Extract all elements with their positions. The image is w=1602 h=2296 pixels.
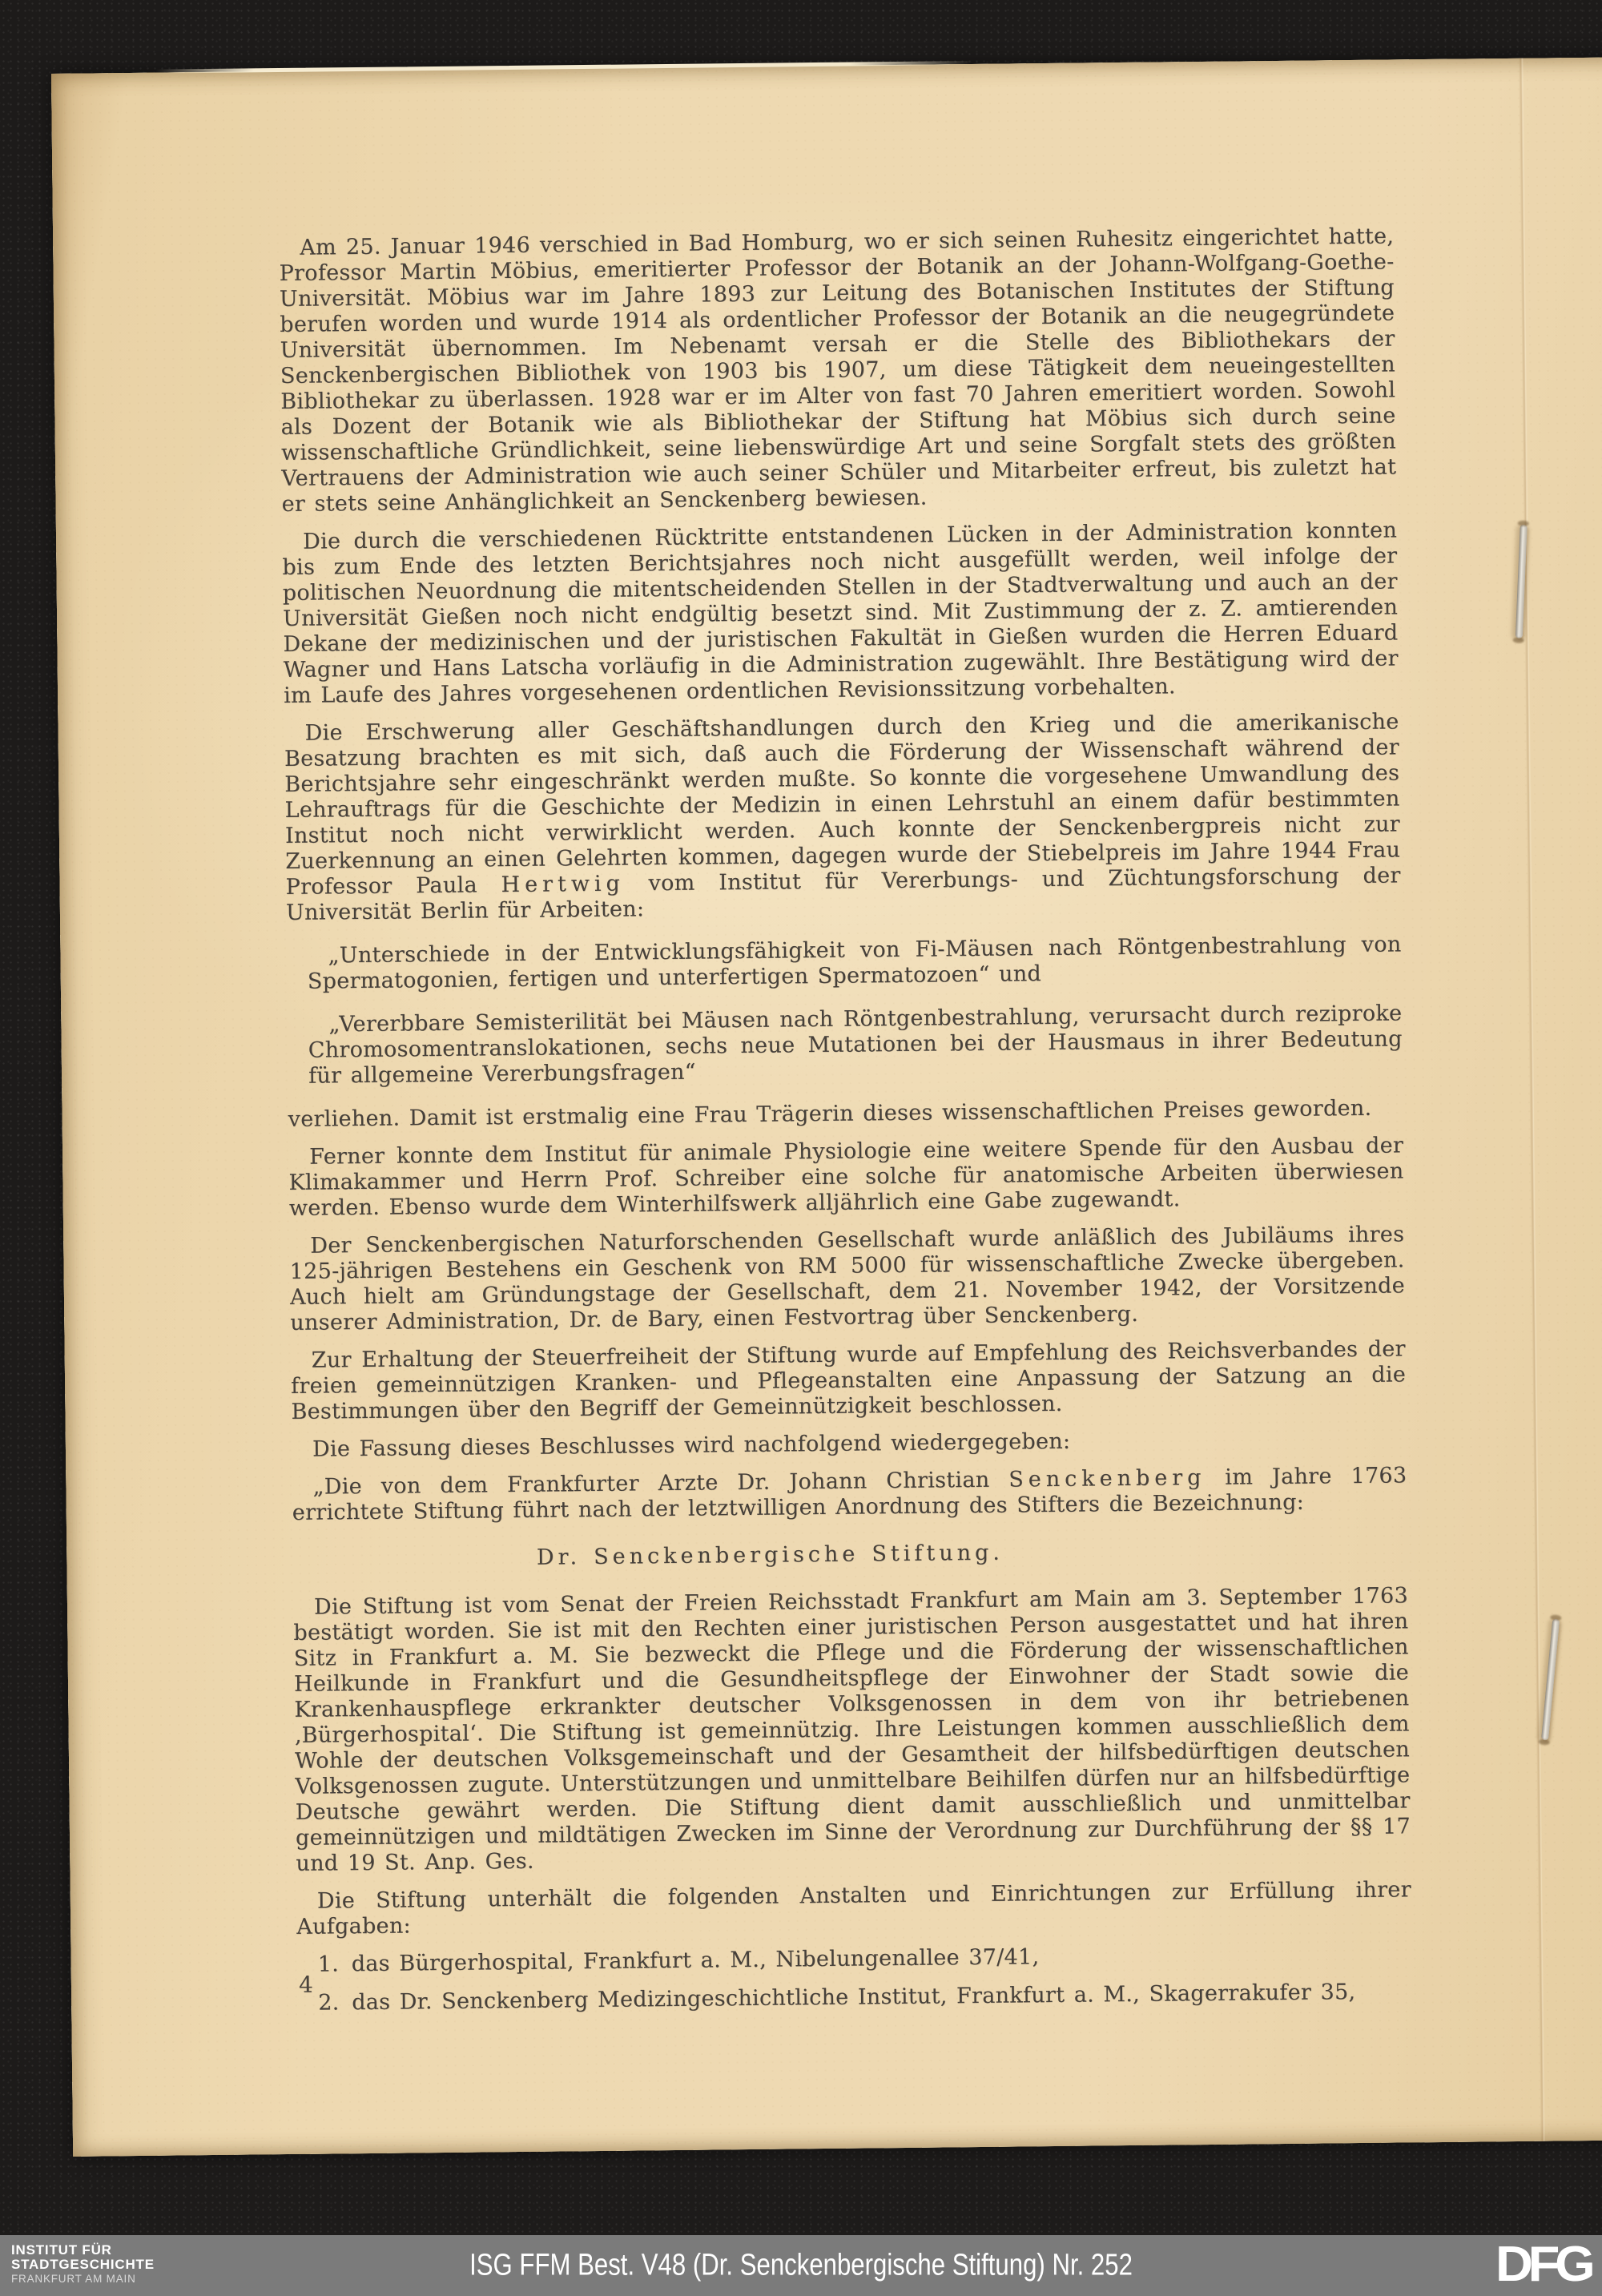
isg-logo-line3: FRANKFURT AM MAIN [11,2274,155,2286]
under-sheet-edge [155,61,972,74]
document-page: Am 25. Januar 1946 verschied in Bad Homb… [51,57,1602,2157]
isg-logo: INSTITUT FÜR STADTGESCHICHTE FRANKFURT A… [11,2243,155,2285]
dfg-logo: DFG [1495,2236,1597,2293]
prize-work-title-1: „Unterschiede in der Entwicklungsfähigke… [307,932,1402,994]
list-item-text: das Dr. Senckenberg Medizingeschichtlich… [352,1980,1355,2016]
isg-logo-line1: INSTITUT FÜR [11,2243,155,2258]
paragraph-donations: Ferner konnte dem Institut für animale P… [288,1133,1404,1222]
list-item-medizingeschichtliches-institut: 2. das Dr. Senckenberg Medizingeschichtl… [318,1979,1412,2016]
metal-fastener-bottom [1541,1618,1560,1740]
list-item-number: 1. [318,1952,352,1977]
paragraph-obituary-moebius: Am 25. Januar 1946 verschied in Bad Homb… [279,224,1397,518]
paragraph-foundation-statute: Die Stiftung ist vom Senat der Freien Re… [293,1583,1411,1877]
page-number: 4 [299,1972,313,1998]
archive-footer-bar: INSTITUT FÜR STADTGESCHICHTE FRANKFURT A… [0,2235,1602,2296]
paragraph-prize-awarded: verliehen. Damit ist erstmalig eine Frau… [288,1095,1403,1133]
person-name-hertwig: Hertwig [501,872,625,898]
paragraph-anniversary-gift: Der Senckenbergischen Naturforschenden G… [289,1222,1405,1336]
archive-reference-caption: ISG FFM Best. V48 (Dr. Senckenbergische … [469,2249,1133,2283]
section-heading-stiftung: Dr. Senckenbergische Stiftung. [292,1537,1247,1573]
scan-background: Am 25. Januar 1946 verschied in Bad Homb… [0,0,1602,2296]
fold-crease [1519,58,1545,2141]
paragraph-tax-exemption: Zur Erhaltung der Steuerfreiheit der Sti… [291,1336,1407,1425]
paragraph-institutions-intro: Die Stiftung unterhält die folgenden Ans… [296,1877,1412,1940]
isg-logo-line2: STADTGESCHICHTE [11,2258,155,2272]
list-item-text: das Bürgerhospital, Frankfurt a. M., Nib… [352,1944,1040,1977]
list-item-number: 2. [318,1990,352,2016]
paragraph-resolution-intro: Die Fassung dieses Beschlusses wird nach… [292,1425,1407,1463]
paragraph-administration-vacancies: Die durch die verschiedenen Rücktritte e… [282,518,1399,709]
list-item-buergerhospital: 1. das Bürgerhospital, Frankfurt a. M., … [318,1940,1412,1977]
paragraph-war-impediments: Die Erschwerung aller Geschäftshandlunge… [284,709,1401,926]
prize-work-title-2: „Vererbbare Semisterilität bei Mäusen na… [308,1001,1403,1089]
paragraph-foundation-name: „Die von dem Frankfurter Arzte Dr. Johan… [292,1463,1407,1526]
person-name-senckenberg: Senckenberg [1008,1465,1206,1492]
page-content: Am 25. Januar 1946 verschied in Bad Homb… [279,224,1412,2028]
